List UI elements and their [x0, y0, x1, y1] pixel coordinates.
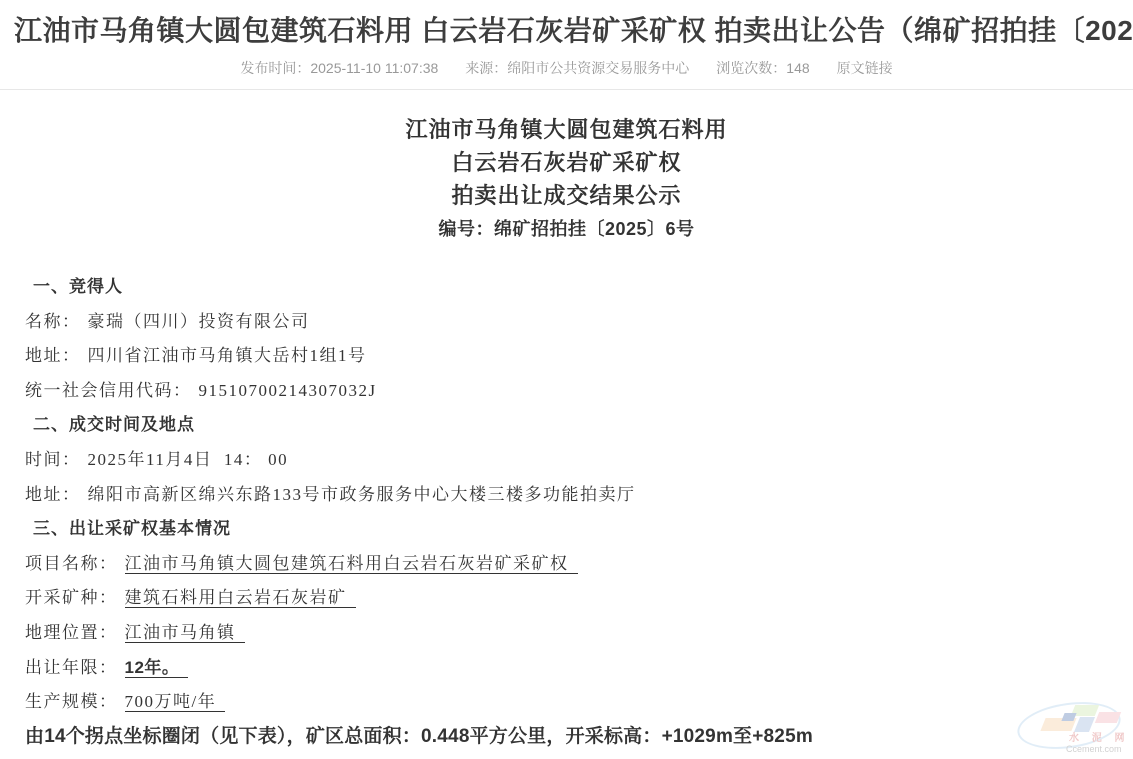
field-value: 700万吨/年 — [125, 692, 226, 712]
field-label: 生产规模： — [25, 692, 118, 711]
meta-bar: 发布时间：2025-11-10 11:07:38 来源：绵阳市公共资源交易服务中… — [14, 60, 1119, 77]
field-value: 91510700214307032J — [199, 381, 377, 400]
view-count-value: 148 — [786, 60, 809, 76]
field-credit-code: 统一社会信用代码：91510700214307032J — [25, 381, 1108, 400]
field-label: 项目名称： — [25, 554, 118, 573]
field-production-scale: 生产规模：700万吨/年 — [25, 692, 1108, 711]
section-heading-deal-time-place: 二、成交时间及地点 — [33, 415, 1108, 434]
document-body: 江油市马角镇大圆包建筑石料用 白云岩石灰岩矿采矿权 拍卖出让成交结果公示 编号：… — [0, 113, 1133, 749]
document-title-line-1: 江油市马角镇大圆包建筑石料用 — [25, 113, 1108, 146]
field-mineral-type: 开采矿种：建筑石料用白云岩石灰岩矿 — [25, 588, 1108, 607]
source-label: 来源： — [465, 60, 507, 76]
publish-time-label: 发布时间： — [240, 60, 310, 76]
field-value: 江油市马角镇大圆包建筑石料用白云岩石灰岩矿采矿权 — [125, 554, 578, 574]
document-title-line-2: 白云岩石灰岩矿采矿权 — [25, 146, 1108, 179]
view-count-label: 浏览次数： — [716, 60, 786, 76]
field-value: 建筑石料用白云岩石灰岩矿 — [125, 588, 356, 608]
field-label: 统一社会信用代码： — [25, 381, 192, 400]
field-label: 名称： — [25, 312, 81, 331]
field-label: 地理位置： — [25, 623, 118, 642]
original-link[interactable]: 原文链接 — [837, 60, 893, 77]
field-value: 2025年11月4日 14： 00 — [88, 450, 289, 469]
source-value: 绵阳市公共资源交易服务中心 — [507, 60, 689, 76]
closing-line: 由14个拐点坐标圈闭（见下表），矿区总面积：0.448平方公里，开采标高：+10… — [25, 725, 1108, 749]
field-label: 开采矿种： — [25, 588, 118, 607]
field-value: 四川省江油市马角镇大岳村1组1号 — [88, 346, 367, 365]
field-value: 江油市马角镇 — [125, 623, 245, 643]
section-heading-mining-right-info: 三、出让采矿权基本情况 — [33, 519, 1108, 538]
page-header: 江油市马角镇大圆包建筑石料用 白云岩石灰岩矿采矿权 拍卖出让公告（绵矿招拍挂〔2… — [0, 0, 1133, 90]
publish-time: 发布时间：2025-11-10 11:07:38 — [240, 60, 438, 77]
field-label: 时间： — [25, 450, 81, 469]
field-winner-name: 名称：豪瑞（四川）投资有限公司 — [25, 312, 1108, 331]
document-title: 江油市马角镇大圆包建筑石料用 白云岩石灰岩矿采矿权 拍卖出让成交结果公示 编号：… — [25, 113, 1108, 246]
field-label: 出让年限： — [25, 658, 118, 677]
section-heading-winner: 一、竞得人 — [33, 277, 1108, 296]
field-label: 地址： — [25, 346, 81, 365]
field-winner-address: 地址：四川省江油市马角镇大岳村1组1号 — [25, 346, 1108, 365]
field-location: 地理位置：江油市马角镇 — [25, 623, 1108, 642]
view-count: 浏览次数：148 — [716, 60, 809, 77]
field-deal-time: 时间：2025年11月4日 14： 00 — [25, 450, 1108, 469]
field-label: 地址： — [25, 485, 81, 504]
field-project-name: 项目名称：江油市马角镇大圆包建筑石料用白云岩石灰岩矿采矿权 — [25, 554, 1108, 573]
field-grant-term: 出让年限：12年。 — [25, 658, 1108, 677]
page-title: 江油市马角镇大圆包建筑石料用 白云岩石灰岩矿采矿权 拍卖出让公告（绵矿招拍挂〔2… — [14, 13, 1119, 49]
field-value: 绵阳市高新区绵兴东路133号市政务服务中心大楼三楼多功能拍卖厅 — [88, 485, 636, 504]
field-deal-address: 地址：绵阳市高新区绵兴东路133号市政务服务中心大楼三楼多功能拍卖厅 — [25, 485, 1108, 504]
document-number: 编号：绵矿招拍挂〔2025〕6号 — [25, 212, 1108, 246]
field-value: 豪瑞（四川）投资有限公司 — [88, 312, 310, 331]
publish-time-value: 2025-11-10 11:07:38 — [310, 60, 438, 76]
document-title-line-3: 拍卖出让成交结果公示 — [25, 179, 1108, 212]
source: 来源：绵阳市公共资源交易服务中心 — [465, 60, 689, 77]
field-value: 12年。 — [125, 658, 189, 678]
